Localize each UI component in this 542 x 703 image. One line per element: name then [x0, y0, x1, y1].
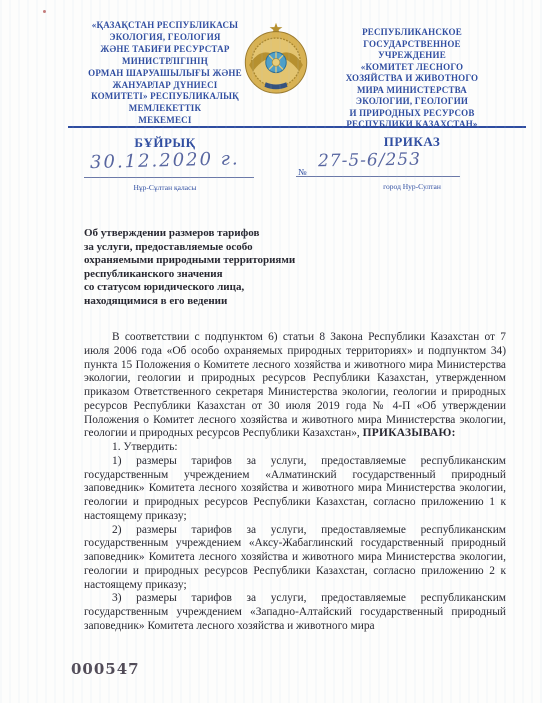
order-item-1: 1) размеры тарифов за услуги, предоставл… — [84, 455, 506, 524]
order-word-russian: ПРИКАЗ — [298, 134, 526, 150]
org-name-kazakh: «ҚАЗАҚСТАН РЕСПУБЛИКАСЫ ЭКОЛОГИЯ, ГЕОЛОГ… — [60, 20, 270, 127]
date-underline — [84, 177, 254, 178]
intro-paragraph: В соответствии с подпунктом 6) статьи 8 … — [84, 331, 506, 441]
place-russian: город Нур-Султан — [298, 182, 526, 191]
scanned-order-page: «ҚАЗАҚСТАН РЕСПУБЛИКАСЫ ЭКОЛОГИЯ, ГЕОЛОГ… — [0, 0, 542, 703]
org-name-russian: РЕСПУБЛИКАНСКОЕ ГОСУДАРСТВЕННОЕ УЧРЕЖДЕН… — [298, 27, 526, 131]
clause-approve: 1. Утвердить: — [84, 441, 506, 455]
handwritten-date: 30.12.2020 г. — [90, 148, 255, 173]
resolve-keyword: ПРИКАЗЫВАЮ: — [363, 427, 456, 439]
order-item-2: 2) размеры тарифов за услуги, предоставл… — [84, 524, 506, 593]
order-subject: Об утверждении размеров тарифов за услуг… — [84, 227, 344, 308]
scan-artifact-dot — [43, 10, 46, 13]
handwritten-order-number: 27-5-6/253 — [318, 149, 468, 172]
place-kazakh: Нұр-Сұлтан қаласы — [60, 183, 270, 192]
header-divider-rule — [68, 126, 526, 128]
registration-stamp-number: 000547 — [71, 660, 140, 678]
number-underline — [296, 176, 460, 177]
intro-text: В соответствии с подпунктом 6) статьи 8 … — [84, 331, 506, 439]
order-body: В соответствии с подпунктом 6) статьи 8 … — [84, 331, 506, 634]
order-item-3: 3) размеры тарифов за услуги, предоставл… — [84, 592, 506, 633]
